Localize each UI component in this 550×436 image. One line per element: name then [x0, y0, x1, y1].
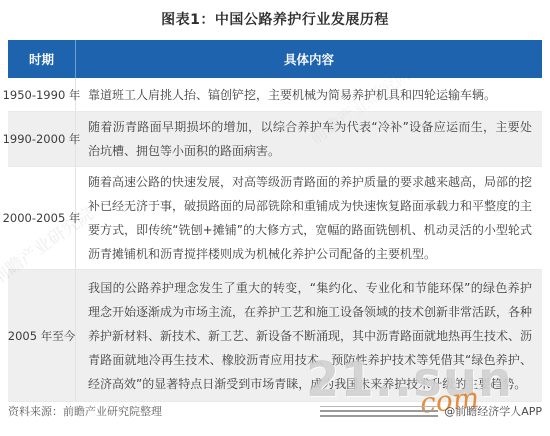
content-text: 我国的公路养护理念发生了重大的转变，“集约化、专业化和节能环保”的绿色养护理念开…: [88, 276, 532, 396]
figure-footer: 资料来源：前瞻产业研究院整理 @前瞻经济学人APP: [8, 403, 542, 419]
brand-mark: @前瞻经济学人APP: [320, 403, 542, 419]
period-cell: 2005 年至今: [8, 270, 76, 401]
source-note: 资料来源：前瞻产业研究院整理: [8, 403, 162, 419]
content-cell: 我国的公路养护理念发生了重大的转变，“集约化、专业化和节能环保”的绿色养护理念开…: [76, 270, 542, 401]
period-cell: 1950-1990 年: [8, 78, 76, 111]
table-row: 2005 年至今 我国的公路养护理念发生了重大的转变，“集约化、专业化和节能环保…: [8, 270, 542, 402]
column-header-content: 具体内容: [76, 40, 542, 78]
content-text: 随着沥青路面早期损坏的增加，以综合养护车为代表“冷补”设备应运而生，主要处治坑槽…: [88, 115, 532, 163]
content-text: 随着高速公路的快速发展，对高等级沥青路面的养护质量的要求越来越高，局部的挖补已经…: [88, 170, 532, 266]
period-cell: 1990-2000 年: [8, 112, 76, 166]
table-row: 1990-2000 年 随着沥青路面早期损坏的增加，以综合养护车为代表“冷补”设…: [8, 112, 542, 167]
qianzhan-logo-icon: [320, 406, 438, 417]
content-cell: 随着高速公路的快速发展，对高等级沥青路面的养护质量的要求越来越高，局部的挖补已经…: [76, 167, 542, 269]
table-row: 1950-1990 年 靠道班工人肩挑人抬、镐创铲挖，主要机械为简易养护机具和四…: [8, 78, 542, 112]
development-history-table: 时期 具体内容 1950-1990 年 靠道班工人肩挑人抬、镐创铲挖，主要机械为…: [8, 40, 542, 402]
figure-title: 图表1：中国公路养护行业发展历程: [0, 0, 550, 29]
content-cell: 靠道班工人肩挑人抬、镐创铲挖，主要机械为简易养护机具和四轮运输车辆。: [76, 78, 542, 111]
table-header-row: 时期 具体内容: [8, 40, 542, 78]
content-text: 靠道班工人肩挑人抬、镐创铲挖，主要机械为简易养护机具和四轮运输车辆。: [88, 83, 532, 107]
table-row: 2000-2005 年 随着高速公路的快速发展，对高等级沥青路面的养护质量的要求…: [8, 167, 542, 270]
period-cell: 2000-2005 年: [8, 167, 76, 269]
brand-label: @前瞻经济学人APP: [444, 403, 542, 419]
content-cell: 随着沥青路面早期损坏的增加，以综合养护车为代表“冷补”设备应运而生，主要处治坑槽…: [76, 112, 542, 166]
column-header-period: 时期: [8, 40, 76, 78]
report-figure: 图表1：中国公路养护行业发展历程 时期 具体内容 1950-1990 年 靠道班…: [0, 0, 550, 29]
